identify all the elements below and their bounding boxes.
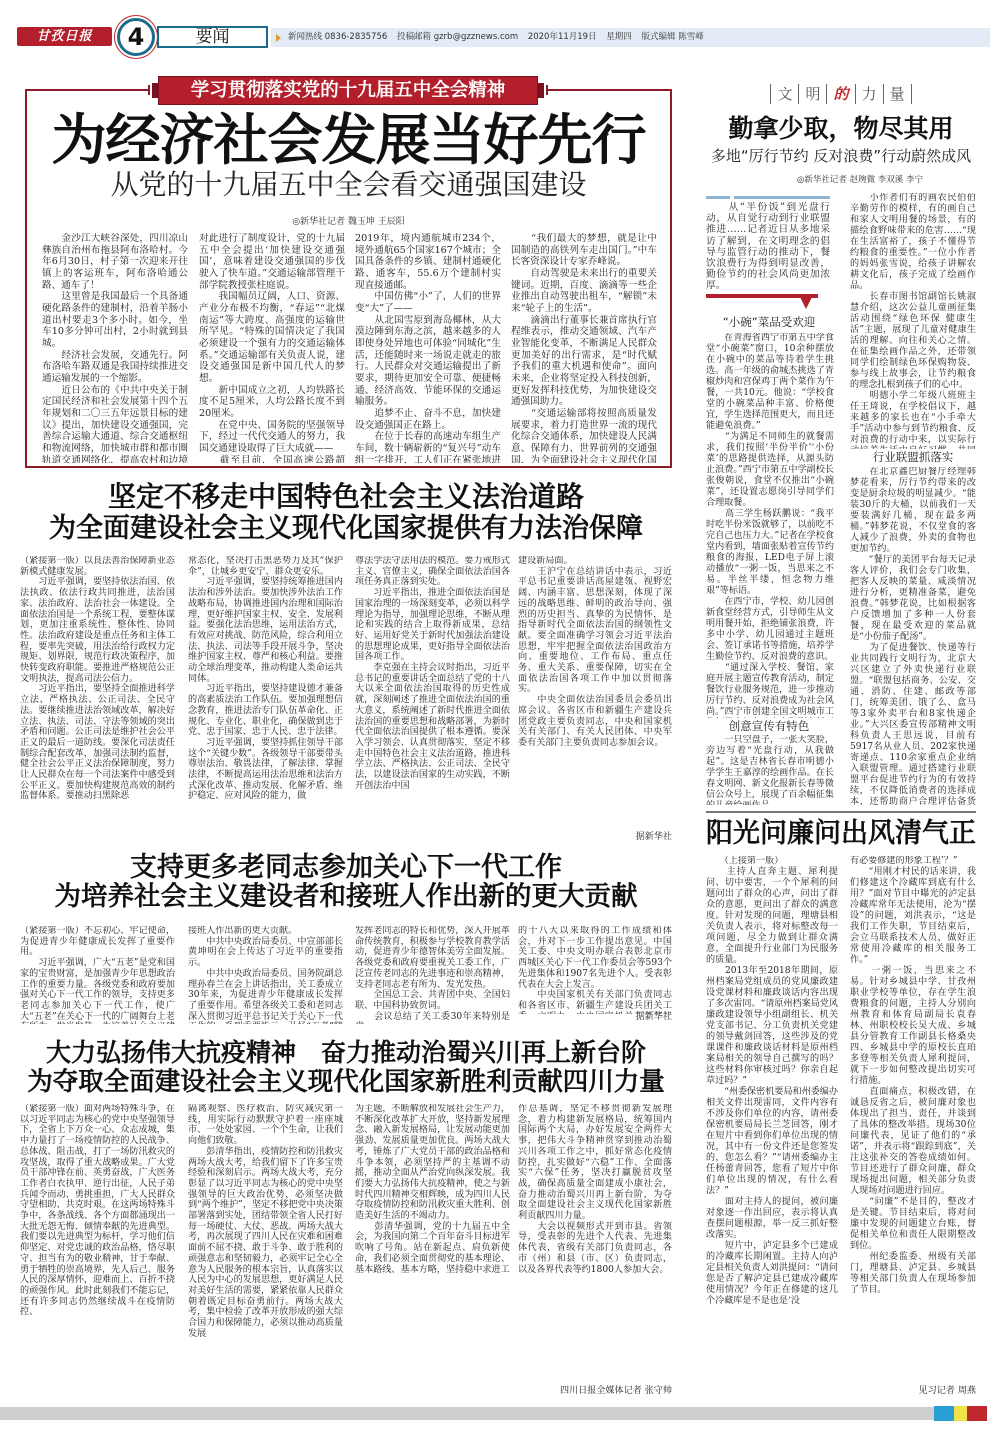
- integrity-byline: 见习记者 周燕: [850, 1386, 976, 1397]
- column-label: 文明的力量: [706, 84, 976, 104]
- frame-bottom: [25, 466, 672, 468]
- hotline-number: 0836-2835756: [325, 32, 388, 42]
- civility-section-1-text: 在青海省西宁市第五中学食堂“小碗菜”窗口，10余种摆放在小碗中的菜品等待着学生挑…: [706, 333, 834, 718]
- frame-top-right: [547, 89, 672, 91]
- triangle-bullet-icon: [276, 34, 281, 42]
- frame-top-left: [25, 89, 150, 91]
- lead-column-2: 对此进行了制度设计，党的十九届五中全会提出‘加快建设交通强国’，意味着建设交通强…: [199, 233, 345, 463]
- hotline-label: 新闻热线: [288, 32, 322, 42]
- frame-right: [670, 89, 672, 468]
- column-label-char: 明: [798, 84, 826, 104]
- email-address: gzrb@gzznews.com: [434, 32, 518, 42]
- section-divider: [706, 811, 976, 813]
- law-column-3: 尊法学法守法用法的模范。要力戒形式主义、官僚主义，确保全面依法治国各项任务真正落…: [355, 556, 510, 844]
- sichuan-column-3: 为主题，不断解放和发展社会生产力，不断深化改革扩大开放，坚持新发展理念、融入新发…: [355, 1104, 510, 1396]
- decorative-red-tab: [800, 297, 812, 309]
- editor-name: 陈雪峰: [678, 32, 704, 42]
- topic-banner: 学习贯彻落实党的十九届五中全会精神: [158, 76, 538, 105]
- sichuan-headline-line1: 大力弘扬伟大抗疫精神 奋力推动治蜀兴川再上新台阶: [20, 1038, 672, 1067]
- law-headline-line2: 为全面建设社会主义现代化国家提供有力法治保障: [20, 513, 672, 545]
- civility-subheadline: 多地“厉行节约 反对浪费”行动蔚然成风: [700, 147, 982, 165]
- civility-section-3-title: 行业联盟抓落实: [850, 450, 976, 464]
- column-label-char: 文: [770, 84, 798, 104]
- civility-headline: 勤拿少取，物尽其用: [706, 113, 976, 145]
- civility-section-2-continued: 小作者们有的画农民伯伯辛勤劳作的模样，有的画自己和家人文明用餐的场景，有的描绘食…: [850, 193, 976, 449]
- editor-label: 版式编辑: [642, 32, 676, 42]
- decorative-blue-line-short: [706, 196, 730, 199]
- issue-weekday: 星期四: [606, 32, 632, 42]
- elders-headline-line2: 为培养社会主义建设者和接班人作出新的更大贡献: [20, 882, 672, 912]
- lead-byline: ◎新华社记者 魏玉坤 王辰阳: [27, 217, 670, 228]
- sichuan-headline-line2: 为夺取全面建设社会主义现代化国家新胜利贡献四川力量: [20, 1067, 672, 1098]
- elders-column-3: 发挥老同志的特长和优势，深入开展革命传统教育，积极参与学校教育教学活动，促进青少…: [355, 926, 510, 1024]
- footer-logo-tile-blue: [934, 1406, 954, 1421]
- lead-subheadline: 从党的十九届五中全会看交通强国建设: [27, 168, 670, 202]
- page-number-badge: 4: [117, 18, 155, 56]
- law-column-1: （紧接第一版）以良法善治保障新业态新模式健康发展。 习近平强调，要坚持依法治国、…: [20, 556, 175, 844]
- masthead-info-strip: 新闻热线 0836-2835756 投稿邮箱 gzrb@gzznews.com …: [271, 28, 990, 47]
- section-name: 要闻: [157, 26, 268, 48]
- integrity-headline: 阳光问廉问出风清气正: [706, 817, 976, 851]
- law-headline-line1: 坚定不移走中国特色社会主义法治道路: [20, 481, 672, 513]
- email-label: 投稿邮箱: [397, 32, 431, 42]
- lead-column-1: 金沙江大峡谷深处，四川凉山彝族自治州布拖县阿布洛哈村。今年6月30日，村子第一次…: [42, 233, 188, 463]
- elders-column-2: 接班人作出新的更大贡献。 中共中央政治局委员、中宣部部长黄坤明在会上传达了习近平…: [188, 926, 343, 1024]
- footer-logo-tile-yellow: [954, 1406, 967, 1421]
- newspaper-logo: 甘孜日报: [17, 27, 112, 46]
- elders-headline-line1: 支持更多老同志参加关心下一代工作: [20, 853, 672, 882]
- footer-logo-tile-red: [967, 1406, 987, 1421]
- sichuan-column-2: 隔离观察、医疗救治、防灾减灾第一线，用实际行动默默守护着一座座城市、一处处家园、…: [188, 1104, 343, 1396]
- elders-source: 据新华社: [600, 1012, 672, 1023]
- civility-byline: ◎新华社记者 赵琬微 李双溪 李宁: [760, 175, 960, 185]
- lead-column-4: “我们最大的梦想，就是让中国制造的高铁列车走出国门。”中车长客资深设计专家乔峰说…: [511, 233, 657, 463]
- lead-column-3: 2019年，境内通航城市234个，境外通航65个国家167个城市；全国具备条件的…: [355, 233, 501, 463]
- issue-date: 2020年11月19日: [528, 32, 597, 42]
- column-label-char: 力: [855, 84, 883, 104]
- civility-section-2-title: 创意宣传有特色: [706, 719, 832, 733]
- integrity-column-2: 有必要修建的形象工程’？” “用刚才村民的话来讲，我们修建这个冷藏库到底有什么用…: [850, 856, 976, 1384]
- integrity-column-1: （上接第一版） 主持人直奔主题、犀利提问、切中要害，一个个犀利的问题问出了群众的…: [706, 856, 838, 1396]
- sichuan-column-4: 作总基调，坚定不移贯彻新发展理念，着力构建新发展格局，统筹国内国际两个大局，办好…: [518, 1104, 672, 1384]
- elders-column-4: 的十八大以来取得的工作成绩和体会，并对下一步工作提出意见。中国关工委、中央文明办…: [518, 926, 672, 1014]
- decorative-blue-line-long: [734, 196, 830, 199]
- sichuan-column-1: （紧接第一版）面对两场特殊斗争，在以习近平同志为核心的党中央坚强领导下，全省上下…: [20, 1104, 175, 1396]
- frame-tick-left: [148, 85, 150, 95]
- civility-section-3-text: 在北京鑫巴厨餐厅经理韩梦花看来，厉行节约带来的改变是厨余垃圾的明显减少。“能装3…: [850, 467, 976, 805]
- civility-intro: 从“半份饭”到光盘行动，从自觉行动到行业联盟推进……记者近日从多地采访了解到，在…: [706, 202, 830, 292]
- law-column-2: 常态化，坚决打击黑恶势力及其“保护伞”，让城乡更安宁、群众更安乐。 习近平强调，…: [188, 556, 343, 844]
- law-column-4: 建设新局面。 王沪宁在总结讲话中表示，习近平总书记重要讲话高屋建瓴、视野宏阔、内…: [518, 556, 672, 828]
- law-source: 据新华社: [600, 832, 672, 843]
- civility-section-2-text: 一只空盘子，一张大笑脸，旁边写着“光盘行动，从我做起”。这是吉林省长春市明德小学…: [706, 735, 834, 805]
- civility-section-1-title: “小碗”菜品受欢迎: [706, 315, 832, 329]
- sichuan-byline: 四川日报全媒体记者 张守帅: [500, 1386, 672, 1397]
- elders-column-1: （紧接第一版）不忘初心、牢记使命，为促进青少年健康成长发挥了重要作用。 习近平强…: [20, 926, 175, 1024]
- frame-tick-right: [546, 85, 548, 95]
- column-label-char: 量: [883, 84, 912, 104]
- footer-bar: [0, 1407, 986, 1420]
- lead-headline: 为经济社会发展当好先行: [27, 110, 670, 170]
- column-label-char-highlight: 的: [826, 84, 854, 104]
